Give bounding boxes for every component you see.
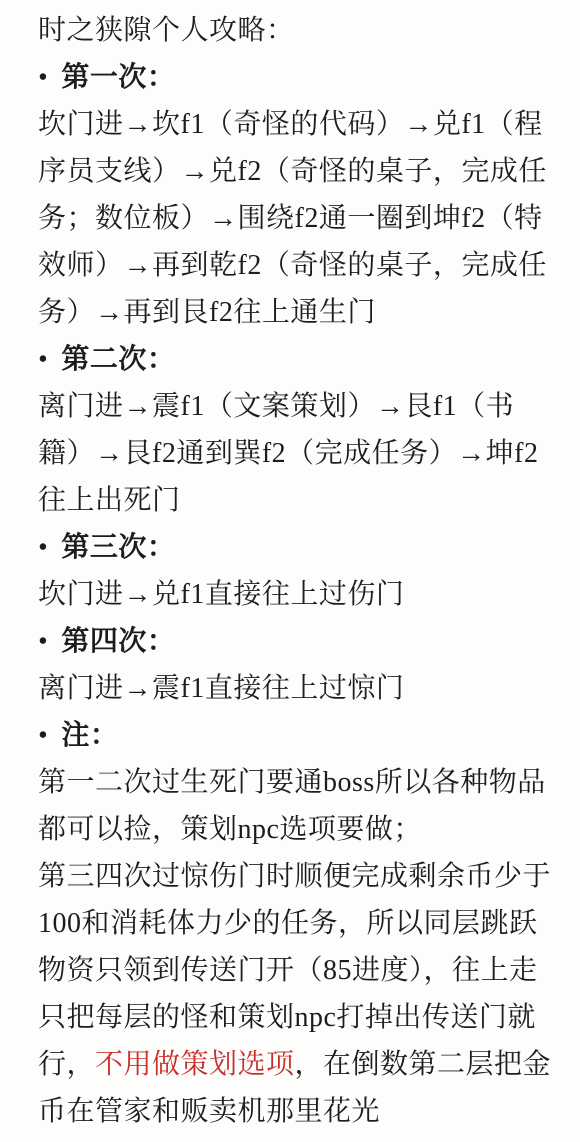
section-4: •第四次： 离门进→震f1直接往上过惊门 xyxy=(38,618,552,712)
bullet-icon: • xyxy=(39,58,48,98)
section-3-heading-row: •第三次： xyxy=(38,524,552,571)
section-2-heading-row: •第二次： xyxy=(38,336,552,383)
note-line-1: 第一二次过生死门要通boss所以各种物品都可以捡，策划npc选项要做； xyxy=(38,759,552,853)
section-heading: 第一次： xyxy=(61,62,175,93)
bullet-icon: • xyxy=(39,528,48,568)
highlighted-warning-text: 不用做策划选项 xyxy=(95,1049,295,1080)
section-2: •第二次： 离门进→震f1（文案策划）→艮f1（书籍）→艮f2通到巽f2（完成任… xyxy=(38,336,552,524)
section-heading: 第四次： xyxy=(61,626,175,657)
section-heading: 第二次： xyxy=(61,344,175,375)
section-body: 坎门进→兑f1直接往上过伤门 xyxy=(38,571,552,618)
section-4-heading-row: •第四次： xyxy=(38,618,552,665)
bullet-icon: • xyxy=(39,716,48,756)
section-heading: 第三次： xyxy=(61,532,175,563)
section-body: 离门进→震f1（文案策划）→艮f1（书籍）→艮f2通到巽f2（完成任务）→坤f2… xyxy=(38,383,552,524)
note-line-2-text: 第三四次过惊伤门时顺便完成剩余币少于100和消耗体力少的任务，所以同层跳跃物资只… xyxy=(38,861,551,1080)
page-title: 时之狭隙个人攻略： xyxy=(38,7,552,54)
note-line-2: 第三四次过惊伤门时顺便完成剩余币少于100和消耗体力少的任务，所以同层跳跃物资只… xyxy=(38,853,552,1135)
section-3: •第三次： 坎门进→兑f1直接往上过伤门 xyxy=(38,524,552,618)
guide-document: 时之狭隙个人攻略： •第一次： 坎门进→坎f1（奇怪的代码）→兑f1（程序员支线… xyxy=(0,0,580,1142)
section-body: 坎门进→坎f1（奇怪的代码）→兑f1（程序员支线）→兑f2（奇怪的桌子，完成任务… xyxy=(38,101,552,336)
bullet-icon: • xyxy=(39,622,48,662)
section-1: •第一次： 坎门进→坎f1（奇怪的代码）→兑f1（程序员支线）→兑f2（奇怪的桌… xyxy=(38,54,552,336)
notes-section: •注： 第一二次过生死门要通boss所以各种物品都可以捡，策划npc选项要做； … xyxy=(38,712,552,1135)
section-1-heading-row: •第一次： xyxy=(38,54,552,101)
bullet-icon: • xyxy=(39,340,48,380)
section-body: 离门进→震f1直接往上过惊门 xyxy=(38,665,552,712)
notes-heading: 注： xyxy=(61,720,118,751)
notes-heading-row: •注： xyxy=(38,712,552,759)
